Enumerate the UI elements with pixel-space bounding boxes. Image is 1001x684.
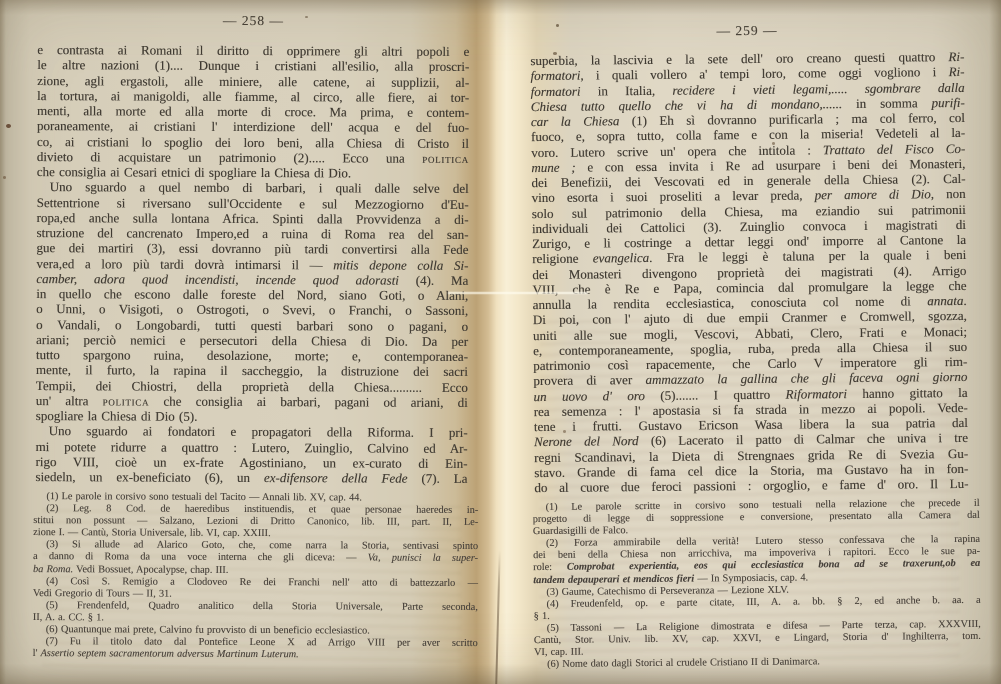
italic-text-segment: Riformatori (785, 386, 847, 402)
italic-text-segment: purifi- (931, 95, 964, 110)
text-segment: (3) Gaume, Catechismo di Perseveranza — … (546, 584, 788, 597)
smallcaps-text-segment: politica (422, 150, 469, 165)
text-line: do al cuore due feroci passioni : orgogl… (534, 476, 968, 495)
text-segment: (7). La (407, 471, 467, 486)
right-page-body: superbia, la lascivia e la sete dell' or… (530, 49, 968, 495)
text-segment: (4). Ma (399, 272, 469, 287)
text-segment: (3) Si allude ad Alarico Goto, che, come… (46, 539, 478, 552)
left-page-body: e contrasta ai Romani il diritto di oppr… (35, 42, 469, 486)
italic-text-segment: annata (927, 293, 963, 308)
text-segment: Uno sguardo ai fondatori e propagatori d… (49, 423, 468, 440)
text-segment: (1) Le parole in corsivo sono testuali d… (46, 491, 362, 503)
gutter-crease (495, 550, 501, 684)
italic-text-segment: evangelica (593, 250, 649, 266)
text-segment: provera di aver (533, 372, 645, 388)
text-segment: Vedi Gregorio di Tours — II, 31. (33, 588, 172, 600)
text-segment: che consiglia ai Cesari etnici di spogli… (37, 164, 351, 180)
text-segment: (6) Quantunque mai prete, Calvino fu pro… (46, 624, 370, 636)
text-line: siedeln, un ex-beneficiato (6), un ex-di… (35, 469, 467, 486)
text-segment: (4) Così S. Remigio a Clodoveo Re dei Fr… (46, 576, 478, 589)
text-segment: poraneamente, ai cristiani l' interdizio… (37, 118, 469, 135)
left-page: — 258 — e contrasta ai Romani il diritto… (35, 0, 470, 684)
text-segment: II, A. a. CC. § 1. (33, 612, 104, 623)
text-segment: ariani; perciò nemici e persecutori dell… (36, 332, 468, 349)
text-segment: Guardasigilli de Falco. (533, 525, 628, 537)
smallcaps-text-segment: politica (103, 393, 150, 408)
text-segment: ropa,ed anche sulla lontana Africa. Spin… (37, 210, 469, 227)
italic-text-segment: formatori (531, 83, 581, 98)
text-segment: religione (532, 251, 593, 267)
book-scan: — 258 — e contrasta ai Romani il diritto… (0, 0, 1001, 684)
text-segment: zione I. — Cantù, Storia Universale, lib… (33, 527, 270, 539)
text-line: l' Assertio septem sacramentorum adversu… (33, 648, 478, 662)
text-segment: (7) Fu il titolo dato dal Pontefice Leon… (46, 636, 478, 649)
italic-text-segment: un uovo d' oro (533, 388, 644, 404)
text-segment: la tortura, ai manigoldi, alle fiamme, a… (37, 88, 469, 105)
italic-text-segment: mune ; (531, 159, 575, 174)
text-segment: (6) Nome dato dagli Storici al crudele C… (547, 657, 820, 671)
text-segment: divieto di acquistare un patrimonio (2).… (37, 149, 422, 166)
text-segment: l' (33, 648, 41, 659)
text-segment: in Italia, (580, 82, 672, 98)
italic-text-segment: tandem depauperari et mendicos fieri (533, 573, 694, 586)
italic-text-segment: Assertio septem sacramentorum adversus M… (41, 648, 299, 660)
text-segment: un' altra (36, 393, 103, 408)
text-segment: spogliare la Chiesa di Dio (5). (36, 408, 198, 424)
text-segment: in quello che escono dalle foreste del N… (36, 286, 468, 303)
text-segment: struzione del cancrenato Impero,ed a rui… (36, 225, 468, 242)
text-segment: gue dei martiri (3), essi dovranno più t… (36, 240, 468, 257)
text-segment: e contrasta ai Romani il diritto di oppr… (37, 42, 469, 59)
italic-text-segment: formatori (530, 68, 580, 83)
text-segment: rigo VIII, cioè un ex-frate Agostiniano,… (35, 454, 467, 471)
text-segment: mi potete ridurre a quattro : Lutero, Zu… (36, 439, 468, 456)
italic-text-segment: per amore di Dio (815, 187, 931, 203)
italic-text-segment: Ri- (948, 64, 964, 79)
italic-text-segment: Trattato del Fisco Co- (823, 140, 965, 156)
italic-text-segment: Nerone del Nord (534, 433, 639, 449)
text-segment: (5)....... I quattro (645, 386, 786, 402)
text-segment: hanno gittato la (847, 384, 968, 400)
text-segment: VI, cap. III. (534, 647, 584, 658)
text-segment: menti, alla morte ed alla morte di croce… (37, 103, 469, 120)
text-segment: a danno di Roma da una voce interna che … (33, 552, 368, 564)
text-segment: do al cuore due feroci passioni : orgogl… (534, 476, 968, 495)
text-segment: — In Symposiacis, cap. 4. (694, 572, 808, 584)
text-segment: tutto spargono ruina, desolazione, morte… (36, 347, 468, 364)
text-segment: o Unni, o Visigoti, o Ostrogoti, o Svevi… (36, 301, 468, 318)
left-page-footnotes: (1) Le parole in corsivo sono testuali d… (33, 491, 479, 662)
italic-text-segment: camber, adora quod incendisti, incende q… (36, 271, 399, 288)
paper-speck (6, 124, 11, 128)
text-segment: che consiglia ai barbari, pagani od aria… (149, 393, 468, 409)
text-segment: zione, agli ergastoli, alle miniere, all… (37, 73, 469, 90)
text-segment: (2) Leg. 8 Cod. de haeredibus instituend… (46, 503, 478, 516)
text-segment: § 1. (534, 611, 550, 622)
text-segment: le altre nazioni (1).... Dunque i cristi… (37, 57, 469, 74)
right-page-footnotes: (1) Le parole scritte in corsivo sono te… (533, 498, 982, 672)
text-segment: , non (931, 186, 966, 201)
text-segment: stitui non possunt — Salzano, Lezioni di… (33, 515, 478, 528)
text-segment: role: (533, 562, 567, 573)
text-segment: vera,ed a loro più tardi dovrà intimarsi… (36, 256, 333, 272)
text-segment: siedeln, un ex-beneficiato (6), un (35, 469, 264, 485)
text-segment: Uno sguardo a quel nembo di barbari, i q… (50, 179, 469, 196)
italic-text-segment: ex-difensore della Fede (264, 470, 408, 486)
italic-text-segment: Ri- (948, 49, 964, 64)
text-segment: Settentrione si riversano sull'Occidente… (37, 195, 469, 212)
text-segment: . (963, 293, 966, 308)
paper-speck (3, 176, 6, 179)
text-segment: Vedi Bossuet, Apocalypse, chap. III. (73, 564, 228, 576)
italic-text-segment: car la Chiesa (531, 113, 620, 129)
text-segment: o Vandali, o Longobardi, tutti questi ba… (36, 317, 468, 334)
right-page: — 259 — superbia, la lascivia e la sete … (530, 0, 971, 684)
right-page-number: — 259 — (530, 21, 964, 41)
text-segment: (5) Frendenfeld, Quadro analitico della … (46, 600, 478, 613)
text-segment: in somma (842, 95, 931, 111)
text-segment: Tempii, dei Chiostri, della proprietà de… (36, 378, 468, 395)
text-segment: mente, il furto, la rapina il saccheggio… (36, 362, 468, 379)
text-segment: co, ai cristiani lo spoglio dei loro ben… (37, 134, 469, 151)
italic-text-segment: ba Roma. (33, 564, 73, 575)
left-page-number: — 258 — (37, 12, 469, 30)
italic-text-segment: mitis depone colla Si- (333, 257, 468, 273)
italic-text-segment: Va, punisci la super- (368, 553, 478, 564)
